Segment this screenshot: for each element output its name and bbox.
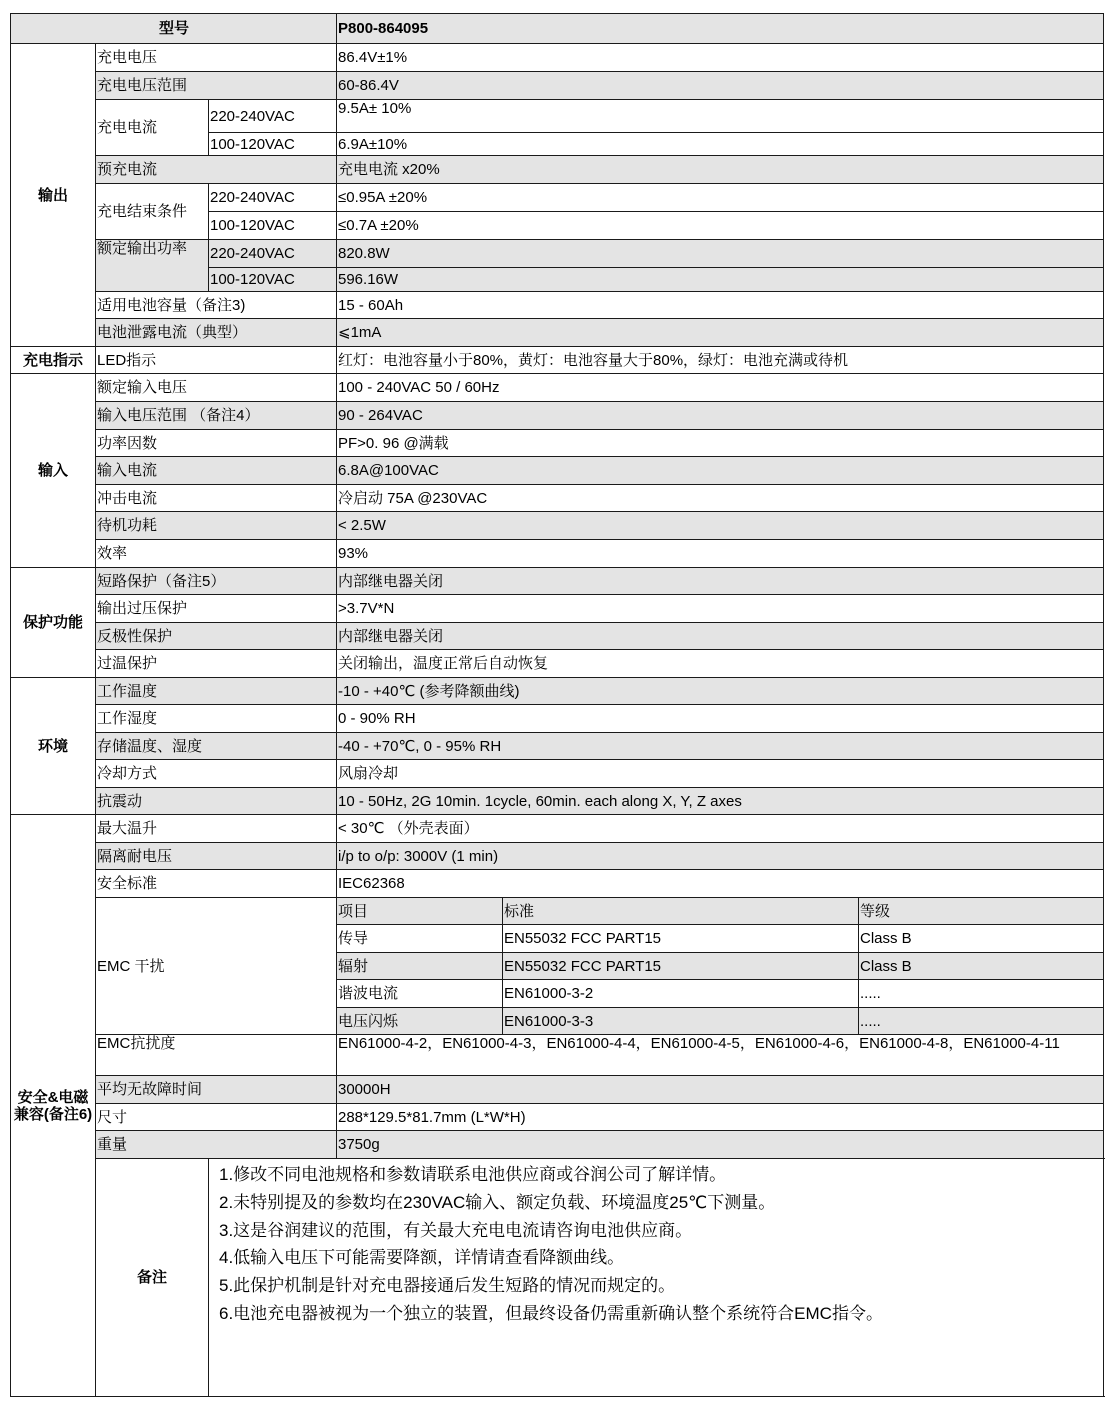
label: 平均无故障时间 xyxy=(96,1076,337,1104)
emc-standard: EN61000-3-2 xyxy=(503,980,859,1008)
category-input: 输入 xyxy=(11,374,96,568)
label: 冷却方式 xyxy=(96,760,337,788)
row-emc-immunity: EMC抗扰度 EN61000-4-2，EN61000-4-3，EN61000-4… xyxy=(11,1035,1104,1076)
row-env-2: 存储温度、湿度 -40 - +70℃, 0 - 95% RH xyxy=(11,733,1104,760)
row-env-1: 工作湿度 0 - 90% RH xyxy=(11,705,1104,733)
input-range: 100-120VAC xyxy=(209,268,337,292)
label: 充电电压 xyxy=(96,44,337,72)
row-input-2: 功率因数 PF>0. 96 @满载 xyxy=(11,430,1104,457)
row-input-1: 输入电压范围 （备注4） 90 - 264VAC xyxy=(11,402,1104,430)
row-protection-3: 过温保护 关闭输出，温度正常后自动恢复 xyxy=(11,650,1104,678)
emc-grade: Class B xyxy=(859,925,1104,953)
label: 输入电流 xyxy=(96,457,337,485)
label: 待机功耗 xyxy=(96,512,337,540)
value: 596.16W xyxy=(337,268,1104,292)
label: LED指示 xyxy=(96,347,337,374)
value: 3750g xyxy=(337,1131,1104,1159)
category-safety-emc: 安全&电磁兼容(备注6) xyxy=(11,815,96,1397)
label: 电池泄露电流（典型） xyxy=(96,319,337,347)
emc-header-grade: 等级 xyxy=(859,898,1104,925)
row-protection-1: 输出过压保护 >3.7V*N xyxy=(11,595,1104,623)
label: 充电电压范围 xyxy=(96,72,337,100)
value: 内部继电器关闭 xyxy=(337,623,1104,650)
label: 功率因数 xyxy=(96,430,337,457)
input-range: 220-240VAC xyxy=(209,240,337,268)
emc-label: EMC 干扰 xyxy=(96,898,337,1035)
value: 15 - 60Ah xyxy=(337,292,1104,319)
input-range: 100-120VAC xyxy=(209,212,337,240)
row-safety-2: 安全标准 IEC62368 xyxy=(11,870,1104,898)
emc-item: 谐波电流 xyxy=(337,980,503,1008)
row-protection-0: 保护功能 短路保护（备注5） 内部继电器关闭 xyxy=(11,568,1104,595)
header-row: 型号 P800-864095 xyxy=(11,14,1104,44)
notes-list: 1.修改不同电池规格和参数请联系电池供应商或谷润公司了解详情。 2.未特别提及的… xyxy=(209,1159,1104,1397)
row-dimensions: 尺寸 288*129.5*81.7mm (L*W*H) xyxy=(11,1104,1104,1131)
emc-header-item: 项目 xyxy=(337,898,503,925)
label: 抗震动 xyxy=(96,788,337,815)
emc-grade: ..... xyxy=(859,980,1104,1008)
value: IEC62368 xyxy=(337,870,1104,898)
value: 内部继电器关闭 xyxy=(337,568,1104,595)
category-protection: 保护功能 xyxy=(11,568,96,678)
label: 工作湿度 xyxy=(96,705,337,733)
value: 6.8A@100VAC xyxy=(337,457,1104,485)
value: -10 - +40℃ (参考降额曲线) xyxy=(337,678,1104,705)
row-notes: 备注 1.修改不同电池规格和参数请联系电池供应商或谷润公司了解详情。 2.未特别… xyxy=(11,1159,1104,1397)
label: 隔离耐电压 xyxy=(96,843,337,870)
row-input-3: 输入电流 6.8A@100VAC xyxy=(11,457,1104,485)
value: 10 - 50Hz, 2G 10min. 1cycle, 60min. each… xyxy=(337,788,1104,815)
label: 适用电池容量（备注3) xyxy=(96,292,337,319)
value: 820.8W xyxy=(337,240,1104,268)
row-input-6: 效率 93% xyxy=(11,540,1104,568)
value: ≤0.95A ±20% xyxy=(337,184,1104,212)
note-item: 2.未特别提及的参数均在230VAC输入、额定负载、环境温度25℃下测量。 xyxy=(219,1189,1103,1217)
emc-standard: EN61000-3-3 xyxy=(503,1008,859,1035)
label: 安全标准 xyxy=(96,870,337,898)
note-item: 3.这是谷润建议的范围，有关最大充电电流请咨询电池供应商。 xyxy=(219,1217,1103,1245)
value: 充电电流 x20% xyxy=(337,156,1104,184)
value: < 30℃ （外壳表面） xyxy=(337,815,1104,843)
emc-item: 电压闪烁 xyxy=(337,1008,503,1035)
value: 288*129.5*81.7mm (L*W*H) xyxy=(337,1104,1104,1131)
value: 9.5A± 10% xyxy=(337,100,1104,133)
value: 红灯：电池容量小于80%，黄灯：电池容量大于80%，绿灯：电池充满或待机 xyxy=(337,347,1104,374)
label: 反极性保护 xyxy=(96,623,337,650)
value: 冷启动 75A @230VAC xyxy=(337,485,1104,512)
value: 0 - 90% RH xyxy=(337,705,1104,733)
input-range: 220-240VAC xyxy=(209,100,337,133)
row-battery-capacity: 适用电池容量（备注3) 15 - 60Ah xyxy=(11,292,1104,319)
label: 额定输出功率 xyxy=(96,240,209,292)
label: 最大温升 xyxy=(96,815,337,843)
category-indicator: 充电指示 xyxy=(11,347,96,374)
category-notes: 备注 xyxy=(96,1159,209,1397)
row-weight: 重量 3750g xyxy=(11,1131,1104,1159)
row-input-4: 冲击电流 冷启动 75A @230VAC xyxy=(11,485,1104,512)
emc-standard: EN55032 FCC PART15 xyxy=(503,953,859,980)
emc-grade: Class B xyxy=(859,953,1104,980)
emc-header-standard: 标准 xyxy=(503,898,859,925)
note-item: 5.此保护机制是针对充电器接通后发生短路的情况而规定的。 xyxy=(219,1272,1103,1300)
value: 100 - 240VAC 50 / 60Hz xyxy=(337,374,1104,402)
note-item: 1.修改不同电池规格和参数请联系电池供应商或谷润公司了解详情。 xyxy=(219,1161,1103,1189)
model-value: P800-864095 xyxy=(337,14,1104,44)
value: i/p to o/p: 3000V (1 min) xyxy=(337,843,1104,870)
row-rated-power-1: 额定输出功率 220-240VAC 820.8W xyxy=(11,240,1104,268)
value: EN61000-4-2，EN61000-4-3，EN61000-4-4，EN61… xyxy=(337,1035,1104,1076)
value: ⩽1mA xyxy=(337,319,1104,347)
emc-item: 辐射 xyxy=(337,953,503,980)
input-range: 100-120VAC xyxy=(209,133,337,156)
value: 86.4V±1% xyxy=(337,44,1104,72)
value: ≤0.7A ±20% xyxy=(337,212,1104,240)
row-env-3: 冷却方式 风扇冷却 xyxy=(11,760,1104,788)
label: 充电电流 xyxy=(96,100,209,156)
value: 90 - 264VAC xyxy=(337,402,1104,430)
value: -40 - +70℃, 0 - 95% RH xyxy=(337,733,1104,760)
row-precharge-current: 预充电流 充电电流 x20% xyxy=(11,156,1104,184)
row-safety-0: 安全&电磁兼容(备注6) 最大温升 < 30℃ （外壳表面） xyxy=(11,815,1104,843)
row-protection-2: 反极性保护 内部继电器关闭 xyxy=(11,623,1104,650)
value: 风扇冷却 xyxy=(337,760,1104,788)
label: 短路保护（备注5） xyxy=(96,568,337,595)
label: 输入电压范围 （备注4） xyxy=(96,402,337,430)
row-emc-header: EMC 干扰 项目 标准 等级 xyxy=(11,898,1104,925)
row-mtbf: 平均无故障时间 30000H xyxy=(11,1076,1104,1104)
emc-grade: ..... xyxy=(859,1008,1104,1035)
spec-table: 型号 P800-864095 输出 充电电压 86.4V±1% 充电电压范围 6… xyxy=(10,13,1104,1397)
label: 过温保护 xyxy=(96,650,337,678)
emc-item: 传导 xyxy=(337,925,503,953)
label: EMC抗扰度 xyxy=(96,1035,337,1076)
row-charge-voltage-range: 充电电压范围 60-86.4V xyxy=(11,72,1104,100)
row-charge-current-1: 充电电流 220-240VAC 9.5A± 10% xyxy=(11,100,1104,133)
row-env-0: 环境 工作温度 -10 - +40℃ (参考降额曲线) xyxy=(11,678,1104,705)
category-environment: 环境 xyxy=(11,678,96,815)
label: 充电结束条件 xyxy=(96,184,209,240)
label: 额定输入电压 xyxy=(96,374,337,402)
emc-standard: EN55032 FCC PART15 xyxy=(503,925,859,953)
input-range: 220-240VAC xyxy=(209,184,337,212)
row-input-5: 待机功耗 < 2.5W xyxy=(11,512,1104,540)
label: 效率 xyxy=(96,540,337,568)
value: 93% xyxy=(337,540,1104,568)
model-label: 型号 xyxy=(11,14,337,44)
note-item: 4.低输入电压下可能需要降额，详情请查看降额曲线。 xyxy=(219,1244,1103,1272)
value: >3.7V*N xyxy=(337,595,1104,623)
row-env-4: 抗震动 10 - 50Hz, 2G 10min. 1cycle, 60min. … xyxy=(11,788,1104,815)
row-safety-1: 隔离耐电压 i/p to o/p: 3000V (1 min) xyxy=(11,843,1104,870)
row-led-indicator: 充电指示 LED指示 红灯：电池容量小于80%，黄灯：电池容量大于80%，绿灯：… xyxy=(11,347,1104,374)
value: 6.9A±10% xyxy=(337,133,1104,156)
value: 关闭输出，温度正常后自动恢复 xyxy=(337,650,1104,678)
note-item: 6.电池充电器被视为一个独立的装置，但最终设备仍需重新确认整个系统符合EMC指令… xyxy=(219,1300,1103,1328)
label: 输出过压保护 xyxy=(96,595,337,623)
category-output: 输出 xyxy=(11,44,96,347)
label: 预充电流 xyxy=(96,156,337,184)
row-input-0: 输入 额定输入电压 100 - 240VAC 50 / 60Hz xyxy=(11,374,1104,402)
label: 冲击电流 xyxy=(96,485,337,512)
label: 重量 xyxy=(96,1131,337,1159)
row-leakage-current: 电池泄露电流（典型） ⩽1mA xyxy=(11,319,1104,347)
label: 工作温度 xyxy=(96,678,337,705)
row-charge-voltage: 输出 充电电压 86.4V±1% xyxy=(11,44,1104,72)
value: 60-86.4V xyxy=(337,72,1104,100)
value: PF>0. 96 @满载 xyxy=(337,430,1104,457)
row-end-condition-1: 充电结束条件 220-240VAC ≤0.95A ±20% xyxy=(11,184,1104,212)
value: < 2.5W xyxy=(337,512,1104,540)
value: 30000H xyxy=(337,1076,1104,1104)
label: 尺寸 xyxy=(96,1104,337,1131)
label: 存储温度、湿度 xyxy=(96,733,337,760)
